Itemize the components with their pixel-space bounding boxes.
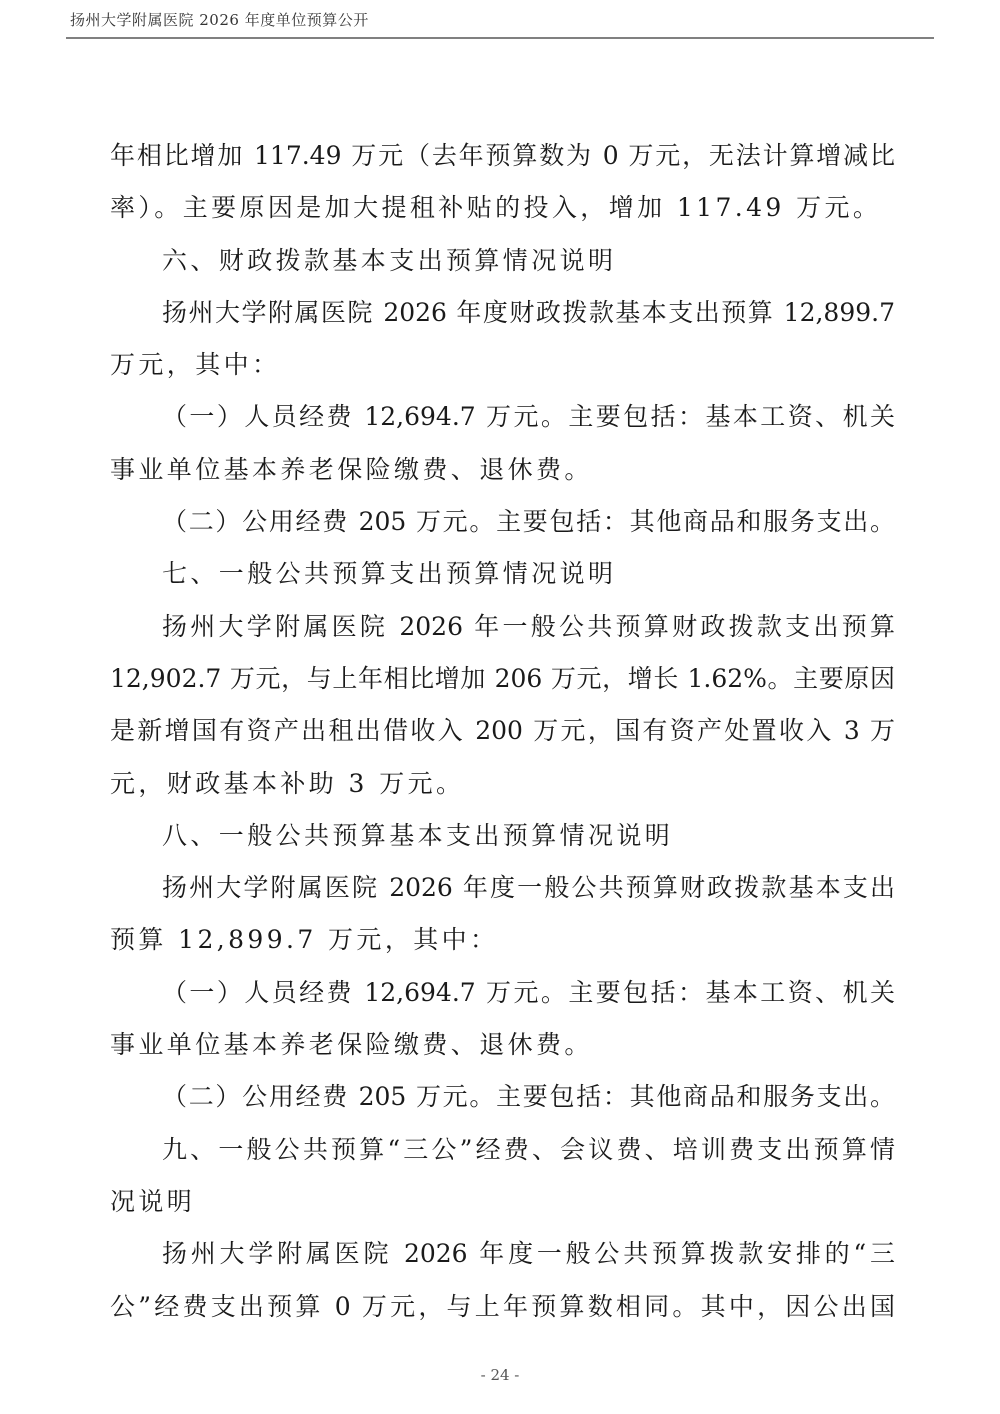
section-heading-9: 九、一般公共预算“三公”经费、会议费、培训费支出预算情	[110, 1124, 895, 1176]
list-item-public-cost: （二）公用经费 205 万元。主要包括：其他商品和服务支出。	[110, 1071, 895, 1123]
list-item-public-cost: （二）公用经费 205 万元。主要包括：其他商品和服务支出。	[110, 496, 895, 548]
text-line: 扬州大学附属医院 2026 年度财政拨款基本支出预算 12,899.7	[110, 287, 895, 339]
header-divider	[66, 37, 934, 39]
page-header: 扬州大学附属医院 2026 年度单位预算公开	[66, 8, 934, 32]
text-line: 预算 12,899.7 万元，其中：	[110, 914, 895, 966]
text-line: 扬州大学附属医院 2026 年度一般公共预算财政拨款基本支出	[110, 862, 895, 914]
list-item-personnel-cost: （一）人员经费 12,694.7 万元。主要包括：基本工资、机关	[110, 391, 895, 443]
list-item-personnel-cost: （一）人员经费 12,694.7 万元。主要包括：基本工资、机关	[110, 967, 895, 1019]
document-body: 年相比增加 117.49 万元（去年预算数为 0 万元，无法计算增减比 率）。主…	[110, 130, 895, 1333]
text-line: 12,902.7 万元，与上年相比增加 206 万元，增长 1.62%。主要原因	[110, 653, 895, 705]
section-heading-7: 七、一般公共预算支出预算情况说明	[110, 548, 895, 600]
section-heading-6: 六、财政拨款基本支出预算情况说明	[110, 235, 895, 287]
text-line: 元，财政基本补助 3 万元。	[110, 758, 895, 810]
text-line: 公”经费支出预算 0 万元，与上年预算数相同。其中，因公出国	[110, 1281, 895, 1333]
page-number: - 24 -	[0, 1366, 1000, 1384]
section-heading-8: 八、一般公共预算基本支出预算情况说明	[110, 810, 895, 862]
text-line: 是新增国有资产出租出借收入 200 万元，国有资产处置收入 3 万	[110, 705, 895, 757]
text-line: 万元，其中：	[110, 339, 895, 391]
text-line: 事业单位基本养老保险缴费、退休费。	[110, 1019, 895, 1071]
text-line: 扬州大学附属医院 2026 年度一般公共预算拨款安排的“三	[110, 1228, 895, 1280]
header-title: 扬州大学附属医院 2026 年度单位预算公开	[66, 8, 934, 32]
text-line: 扬州大学附属医院 2026 年一般公共预算财政拨款支出预算	[110, 601, 895, 653]
text-line: 年相比增加 117.49 万元（去年预算数为 0 万元，无法计算增减比	[110, 130, 895, 182]
text-line: 率）。主要原因是加大提租补贴的投入，增加 117.49 万元。	[110, 182, 895, 234]
text-line: 况说明	[110, 1176, 895, 1228]
text-line: 事业单位基本养老保险缴费、退休费。	[110, 444, 895, 496]
